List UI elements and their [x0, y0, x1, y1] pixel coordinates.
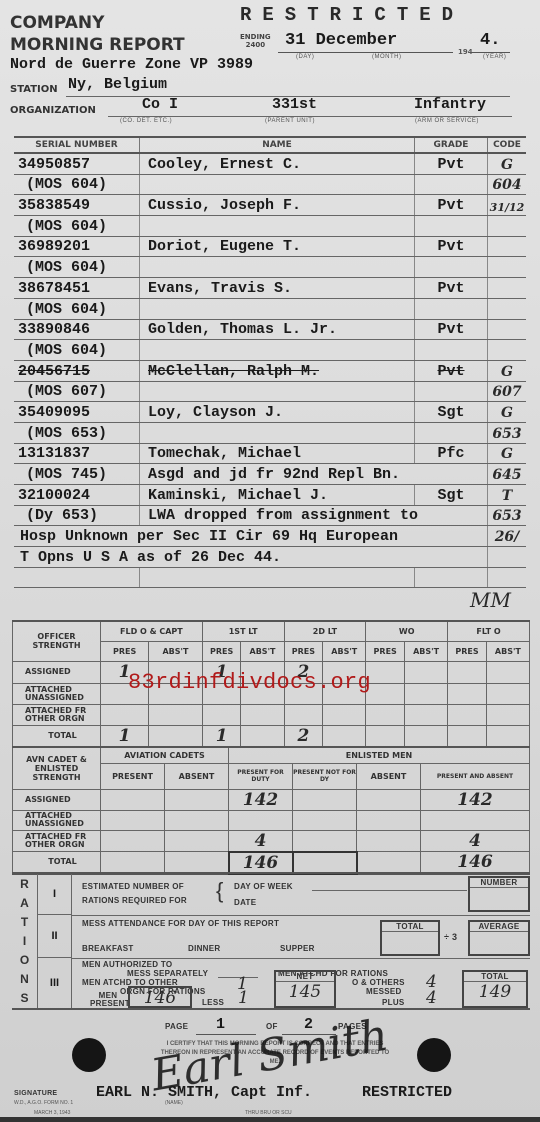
sub-pres: PRES — [448, 641, 487, 661]
cell — [486, 683, 529, 704]
roster-row-empty — [14, 568, 526, 589]
cell: 146 — [421, 852, 530, 874]
cell — [366, 725, 405, 746]
cell — [405, 683, 448, 704]
mos: (MOS 604) — [14, 340, 140, 360]
divide-by-three: ÷ 3 — [444, 932, 457, 942]
roster-row: 32100024Kaminski, Michael J.SgtT — [14, 485, 526, 506]
org-company: Co I — [142, 96, 178, 113]
signature-label: SIGNATURE — [14, 1090, 57, 1097]
roster-row: (MOS 604) — [14, 340, 526, 361]
cell — [448, 704, 487, 725]
cell — [323, 725, 366, 746]
cell — [101, 830, 165, 852]
cell: 146 — [229, 852, 293, 874]
sub-pres: PRES — [101, 641, 149, 661]
morning-report-document: RESTRICTED COMPANY MORNING REPORT ENDING… — [0, 0, 540, 1122]
roster-header: SERIAL NUMBER NAME GRADE CODE — [14, 136, 526, 154]
location-coordinates: Nord de Guerre Zone VP 3989 — [10, 56, 253, 73]
number-box: NUMBER — [468, 876, 530, 912]
enlisted-strength-table: AVN CADET & ENLISTED STRENGTH AVIATION C… — [12, 746, 530, 875]
soldier-name: Tomechak, Michael — [140, 444, 415, 464]
remark — [140, 382, 415, 402]
grade: Pvt — [415, 237, 488, 257]
cell — [293, 830, 357, 852]
cell — [241, 725, 284, 746]
soldier-name — [140, 568, 415, 588]
group-1st-lt: 1ST LT — [202, 621, 284, 641]
cell: 2 — [284, 725, 323, 746]
col-cadets-present: PRESENT — [101, 763, 165, 789]
grade — [415, 257, 488, 277]
divider — [72, 958, 530, 959]
cell — [149, 725, 203, 746]
mos: (MOS 607) — [14, 382, 140, 402]
mos: (MOS 653) — [14, 423, 140, 443]
grade: Sgt — [415, 402, 488, 422]
roster-row: 36989201Doriot, Eugene T.Pvt — [14, 237, 526, 258]
cell — [405, 725, 448, 746]
page-number: 1 — [216, 1016, 225, 1033]
cell — [366, 661, 405, 683]
col-code: CODE — [488, 138, 526, 152]
rations-vertical-label: R A T I O N S — [12, 874, 38, 1008]
org-parent-sublabel: (PARENT UNIT) — [265, 118, 315, 124]
cell — [357, 789, 421, 810]
sub-abst: ABS'T — [405, 641, 448, 661]
restricted-stamp-bottom: RESTRICTED — [362, 1084, 452, 1101]
station-label: STATION — [10, 84, 58, 95]
col-grade: GRADE — [415, 138, 488, 152]
cell: 142 — [229, 789, 293, 810]
cell — [293, 789, 357, 810]
cell — [448, 661, 487, 683]
cell: 142 — [421, 789, 530, 810]
soldier-name: Loy, Clayson J. — [140, 402, 415, 422]
total-rations-label: TOTAL — [464, 972, 526, 982]
cell — [165, 852, 229, 874]
remark — [140, 299, 415, 319]
year-underline — [472, 52, 510, 53]
less-label: LESS — [202, 998, 224, 1007]
total-rations-value: 149 — [464, 982, 526, 1002]
divider — [72, 915, 530, 916]
serial-number: 32100024 — [14, 485, 140, 505]
remark: Asgd and jd fr 92nd Repl Bn. — [140, 464, 488, 484]
grade: Pfc — [415, 444, 488, 464]
mos: (MOS 604) — [14, 216, 140, 236]
cell — [448, 683, 487, 704]
serial-number: 13131837 — [14, 444, 140, 464]
soldier-name: Evans, Travis S. — [140, 278, 415, 298]
report-year: 4. — [480, 31, 500, 50]
cell — [357, 830, 421, 852]
year-sublabel: (YEAR) — [483, 54, 506, 60]
ending-label: ENDING 2400 — [240, 33, 271, 49]
number-label: NUMBER — [470, 878, 528, 888]
section-ii: II — [38, 915, 72, 958]
roster-row: 35838549Cussio, Joseph F.Pvt31/12 — [14, 195, 526, 216]
net-label: NET — [276, 972, 334, 982]
cell: 1 — [202, 725, 241, 746]
form-title-line2: MORNING REPORT — [10, 35, 185, 55]
section-i: I — [38, 874, 72, 915]
cell — [149, 704, 203, 725]
form-date: MARCH 3, 1943 — [34, 1110, 70, 1116]
section-iii: III — [38, 958, 72, 1008]
remark — [140, 175, 415, 195]
serial-number — [14, 568, 140, 588]
cell — [101, 789, 165, 810]
thru-label: THRU BRU OR SCU — [245, 1110, 292, 1116]
sub-abst: ABS'T — [486, 641, 529, 661]
code — [488, 216, 526, 236]
supper-label: SUPPER — [280, 944, 315, 953]
men-present-label: MEN PRESENT — [90, 992, 126, 1008]
letter: N — [20, 972, 29, 986]
group-enlisted-men: ENLISTED MEN — [229, 747, 530, 763]
roster-row: 35409095Loy, Clayson J.SgtG — [14, 402, 526, 423]
organization-underline — [108, 116, 512, 117]
row-label-attached-fr-other: ATTACHED FR OTHER ORGN — [13, 830, 101, 852]
cell — [323, 704, 366, 725]
code — [488, 568, 526, 588]
mos: (MOS 604) — [14, 175, 140, 195]
signer-name: EARL N. SMITH, Capt Inf. — [96, 1084, 312, 1101]
remark-continued: T Opns U S A as of 26 Dec 44. — [14, 547, 488, 567]
grade — [415, 175, 488, 195]
watermark-text: 83rdinfdivdocs.org — [128, 670, 371, 695]
cell: 1 — [101, 725, 149, 746]
serial-number: 34950857 — [14, 154, 140, 174]
sub-pres: PRES — [202, 641, 241, 661]
serial-number: 35838549 — [14, 195, 140, 215]
grade: Pvt — [415, 154, 488, 174]
punch-hole-right — [417, 1038, 451, 1072]
remark — [140, 423, 415, 443]
form-number: W.D., A.G.O. FORM NO. 1 — [14, 1100, 73, 1106]
average-label: AVERAGE — [470, 922, 528, 932]
code — [488, 547, 526, 567]
sub-abst: ABS'T — [323, 641, 366, 661]
roster-row-struck: 20456715McClellan, Ralph M.PvtG — [14, 361, 526, 382]
less-value: 1 — [238, 988, 249, 1008]
officer-strength-title: OFFICER STRENGTH — [13, 621, 101, 661]
serial-number: 33890846 — [14, 320, 140, 340]
cell — [486, 725, 529, 746]
roster-row: (MOS 604) — [14, 216, 526, 237]
roster-row: 34950857Cooley, Ernest C.PvtG — [14, 154, 526, 175]
cell — [486, 704, 529, 725]
sub-pres: PRES — [284, 641, 323, 661]
code — [488, 299, 526, 319]
org-company-sublabel: (CO. DET. ETC.) — [120, 118, 172, 124]
enlisted-strength-title: AVN CADET & ENLISTED STRENGTH — [13, 747, 101, 789]
mos: (MOS 745) — [14, 464, 140, 484]
cell: 4 — [229, 830, 293, 852]
col-present-not-for-dy: PRESENT NOT FOR DY — [293, 763, 357, 789]
total-box: TOTAL — [380, 920, 440, 956]
sub-abst: ABS'T — [241, 641, 284, 661]
roster-row: (MOS 745)Asgd and jd fr 92nd Repl Bn.645 — [14, 464, 526, 485]
month-sublabel: (MONTH) — [372, 54, 402, 60]
grade — [415, 568, 488, 588]
plus-value: 4 — [426, 988, 437, 1008]
group-fld-o-capt: FLD O & CAPT — [101, 621, 203, 641]
men-present-value: 146 — [128, 986, 192, 1008]
roster-row: 38678451Evans, Travis S.Pvt — [14, 278, 526, 299]
mos: (Dy 653) — [14, 506, 140, 526]
remark — [140, 340, 415, 360]
cell — [229, 810, 293, 830]
group-2d-lt: 2D LT — [284, 621, 366, 641]
letter: A — [20, 896, 29, 910]
cell — [241, 704, 284, 725]
code — [488, 278, 526, 298]
letter: T — [21, 915, 28, 929]
serial-number: 35409095 — [14, 402, 140, 422]
serial-number: 20456715 — [14, 361, 140, 381]
cell — [405, 661, 448, 683]
roster-row: (MOS 653)653 — [14, 423, 526, 444]
col-present-and-absent: PRESENT AND ABSENT — [421, 763, 530, 789]
row-label-attached-unassigned: ATTACHED UNASSIGNED — [13, 683, 101, 704]
cell — [293, 852, 357, 874]
cell — [165, 789, 229, 810]
col-enlisted-absent: ABSENT — [357, 763, 421, 789]
grade: Sgt — [415, 485, 488, 505]
roster-row: T Opns U S A as of 26 Dec 44. — [14, 547, 526, 568]
letter: O — [20, 953, 29, 967]
code: 31/12 — [488, 195, 526, 215]
cell — [284, 704, 323, 725]
roster-row: Hosp Unknown per Sec II Cir 69 Hq Europe… — [14, 526, 526, 547]
org-parent-unit: 331st — [272, 96, 317, 113]
cell — [101, 704, 149, 725]
organization-label: ORGANIZATION — [10, 105, 96, 116]
cell — [293, 810, 357, 830]
mess-attendance-label: MESS ATTENDANCE FOR DAY OF THIS REPORT — [82, 919, 279, 928]
code — [488, 257, 526, 277]
soldier-name: Cooley, Ernest C. — [140, 154, 415, 174]
serial-number: 38678451 — [14, 278, 140, 298]
letter: R — [20, 877, 29, 891]
cell — [165, 830, 229, 852]
remark: LWA dropped from assignment to — [140, 506, 488, 526]
form-title-line1: COMPANY — [10, 13, 104, 33]
roster-row: (MOS 604) — [14, 299, 526, 320]
grade — [415, 216, 488, 236]
cell — [405, 704, 448, 725]
remark-continued: Hosp Unknown per Sec II Cir 69 Hq Europe… — [14, 526, 488, 546]
name-sublabel: (NAME) — [165, 1100, 183, 1106]
grade: Pvt — [415, 195, 488, 215]
mos: (MOS 604) — [14, 257, 140, 277]
cell — [448, 725, 487, 746]
col-serial-number: SERIAL NUMBER — [14, 138, 140, 152]
code: T — [488, 485, 526, 505]
brace-icon: { — [216, 878, 223, 904]
cell — [357, 852, 421, 874]
roster-row: 13131837Tomechak, MichaelPfcG — [14, 444, 526, 465]
men-authorized-label: MEN AUTHORIZED TO — [82, 960, 172, 969]
grade: Pvt — [415, 361, 488, 381]
grade — [415, 299, 488, 319]
date-label: DATE — [234, 898, 256, 907]
net-value: 145 — [276, 982, 334, 1002]
letter: I — [23, 934, 26, 948]
grade: Pvt — [415, 278, 488, 298]
group-aviation-cadets: AVIATION CADETS — [101, 747, 229, 763]
total-rations-box: TOTAL 149 — [462, 970, 528, 1008]
cell — [357, 810, 421, 830]
group-wo: WO — [366, 621, 448, 641]
cell — [366, 704, 405, 725]
rations-required-label: RATIONS REQUIRED FOR — [82, 896, 187, 905]
cell — [421, 810, 530, 830]
cell — [101, 810, 165, 830]
roster-row: (MOS 604) — [14, 257, 526, 278]
group-flt-o: FLT O — [448, 621, 530, 641]
row-label-attached-fr-other: ATTACHED FR OTHER ORGN — [13, 704, 101, 725]
row-label-total: TOTAL — [13, 725, 101, 746]
code — [488, 320, 526, 340]
col-name: NAME — [140, 138, 415, 152]
messed-label: MESSED — [366, 987, 402, 996]
restricted-stamp-top: RESTRICTED — [240, 4, 464, 26]
dinner-label: DINNER — [188, 944, 220, 953]
sub-pres: PRES — [366, 641, 405, 661]
row-label-assigned: ASSIGNED — [13, 789, 101, 810]
punch-hole-left — [72, 1038, 106, 1072]
plus-label: PLUS — [382, 998, 405, 1007]
roster-row: (MOS 604)604 — [14, 175, 526, 196]
cell — [165, 810, 229, 830]
net-box: NET 145 — [274, 970, 336, 1008]
serial-number: 36989201 — [14, 237, 140, 257]
cell — [101, 852, 165, 874]
bottom-edge — [0, 1117, 540, 1122]
col-cadets-absent: ABSENT — [165, 763, 229, 789]
code: 607 — [488, 382, 526, 402]
soldier-name: Kaminski, Michael J. — [140, 485, 415, 505]
soldier-name: McClellan, Ralph M. — [140, 361, 415, 381]
estimated-number-label: ESTIMATED NUMBER OF — [82, 882, 184, 891]
code: 604 — [488, 175, 526, 195]
cell — [202, 704, 241, 725]
mos: (MOS 604) — [14, 299, 140, 319]
sub-abst: ABS'T — [149, 641, 203, 661]
code: G — [488, 361, 526, 381]
rations-section: R A T I O N S I II III ESTIMATED NUMBER … — [12, 872, 530, 1010]
station-value: Ny, Belgium — [68, 76, 167, 93]
row-label-total: TOTAL — [13, 852, 101, 874]
code: G — [488, 402, 526, 422]
year-prefix: 194 — [458, 48, 473, 56]
mess-separately-label: MESS SEPARATELY — [127, 969, 208, 978]
page-label: PAGE — [165, 1022, 188, 1031]
soldier-name: Doriot, Eugene T. — [140, 237, 415, 257]
average-box: AVERAGE — [468, 920, 530, 956]
code — [488, 237, 526, 257]
remark — [140, 216, 415, 236]
remark — [140, 257, 415, 277]
roster-row: (Dy 653)LWA dropped from assignment to65… — [14, 506, 526, 527]
row-label-assigned: ASSIGNED — [13, 661, 101, 683]
roster-row: (MOS 607)607 — [14, 382, 526, 403]
day-sublabel: (DAY) — [296, 54, 314, 60]
cell: 4 — [421, 830, 530, 852]
code: 645 — [488, 464, 526, 484]
roster-row: 33890846Golden, Thomas L. Jr.Pvt — [14, 320, 526, 341]
grade — [415, 423, 488, 443]
code: 653 — [488, 423, 526, 443]
code: G — [488, 154, 526, 174]
day-of-week-label: DAY OF WEEK — [234, 882, 293, 891]
code: 653 — [488, 506, 526, 526]
total-label: TOTAL — [382, 922, 438, 932]
col-present-for-duty: PRESENT FOR DUTY — [229, 763, 293, 789]
code: 26/ — [488, 526, 526, 546]
grade: Pvt — [415, 320, 488, 340]
row-label-attached-unassigned: ATTACHED UNASSIGNED — [13, 810, 101, 830]
org-arm-service: Infantry — [414, 96, 486, 113]
cell — [366, 683, 405, 704]
code: G — [488, 444, 526, 464]
grade — [415, 382, 488, 402]
date-underline — [278, 52, 453, 53]
initials-mark: MM — [470, 588, 511, 612]
report-date: 31 December — [285, 31, 397, 50]
soldier-name: Cussio, Joseph F. — [140, 195, 415, 215]
o-and-others-label: O & OTHERS — [352, 978, 405, 987]
letter: S — [20, 991, 28, 1005]
org-arm-sublabel: (ARM OR SERVICE) — [415, 118, 479, 124]
grade — [415, 340, 488, 360]
breakfast-label: BREAKFAST — [82, 944, 134, 953]
soldier-name: Golden, Thomas L. Jr. — [140, 320, 415, 340]
day-of-week-field — [312, 890, 467, 891]
cell — [486, 661, 529, 683]
code — [488, 340, 526, 360]
personnel-roster: SERIAL NUMBER NAME GRADE CODE 34950857Co… — [14, 136, 526, 588]
